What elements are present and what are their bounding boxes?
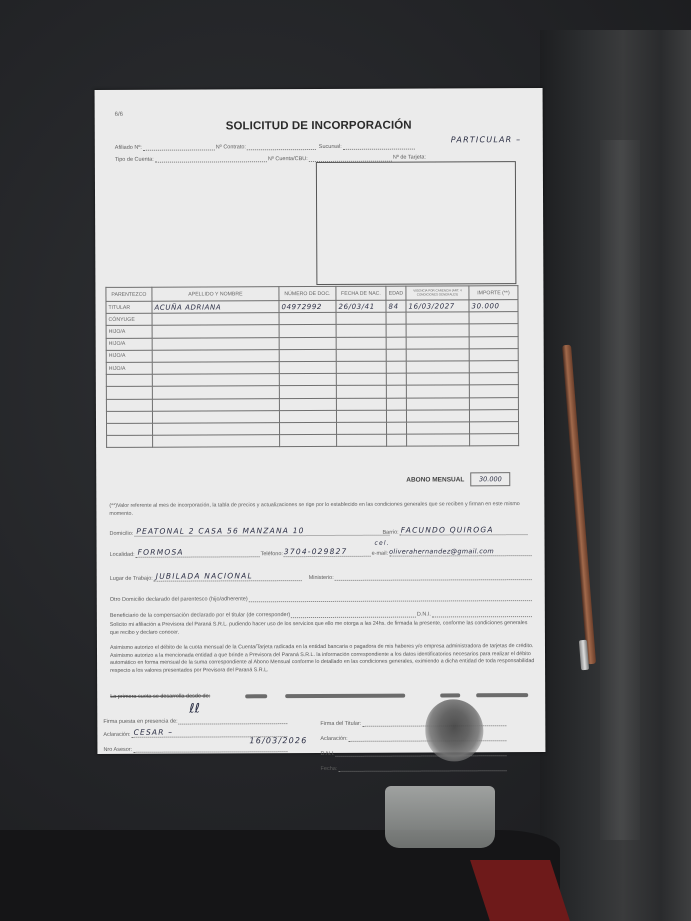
firma-titular-label: Firma del Titular: <box>320 721 361 727</box>
legal-paragraph-2: Asimismo autorizo el débito de la cuota … <box>110 643 535 675</box>
table-cell[interactable] <box>406 410 469 422</box>
table-cell[interactable] <box>152 386 279 399</box>
table-cell[interactable] <box>386 361 406 373</box>
tipo-cuenta-field[interactable]: Tipo de Cuenta: <box>115 155 267 163</box>
table-cell[interactable] <box>406 336 469 348</box>
afiliado-field[interactable]: Afiliado Nº: <box>115 143 215 150</box>
table-cell[interactable] <box>406 324 469 336</box>
table-cell[interactable] <box>336 361 386 373</box>
table-cell[interactable] <box>406 385 469 397</box>
table-cell[interactable] <box>469 336 518 348</box>
table-cell[interactable] <box>152 325 279 338</box>
relationship-cell[interactable] <box>107 435 153 447</box>
telefono-label: Teléfono: <box>261 551 283 557</box>
table-cell[interactable] <box>407 422 470 434</box>
table-cell[interactable] <box>279 325 336 337</box>
table-cell[interactable] <box>387 422 407 434</box>
fecha-right-label: Fecha: <box>321 766 338 772</box>
localidad-label: Localidad: <box>110 552 135 558</box>
beneficiario-label: Beneficiario de la compensación declarad… <box>110 612 290 619</box>
lugar-trabajo-value: JUBILADA NACIONAL <box>156 571 253 580</box>
contrato-label: Nº Contrato: <box>216 144 246 150</box>
redaction-mark <box>245 694 267 698</box>
table-cell[interactable] <box>386 337 406 349</box>
telefono-line: 3704-029827 <box>284 550 371 557</box>
table-cell[interactable] <box>153 423 280 436</box>
contrato-value <box>247 143 316 150</box>
fecha-right-line <box>338 764 506 772</box>
table-cell[interactable]: 84 <box>386 300 406 312</box>
beneficiario-dni-field[interactable]: D.N.I. <box>417 610 532 618</box>
table-cell[interactable] <box>153 435 280 448</box>
ministerio-field[interactable]: Ministerio: <box>309 573 532 581</box>
table-cell[interactable] <box>386 410 406 422</box>
redacted-label: La primera cuota se desarrolla desde de: <box>110 693 210 699</box>
redaction-mark <box>476 693 528 697</box>
domicilio-line: PEATONAL 2 CASA 56 MANZANA 10 <box>134 529 389 537</box>
table-cell[interactable] <box>469 348 518 360</box>
header-vigencia: VIGENCIA POR CARENCIA (ART. 4 CONDICIONE… <box>406 286 469 300</box>
beneficiario-value <box>291 611 416 619</box>
beneficiario-field[interactable]: Beneficiario de la compensación declarad… <box>110 611 416 619</box>
table-cell[interactable] <box>337 434 387 446</box>
sucursal-value <box>343 143 415 150</box>
relationship-cell[interactable] <box>106 399 152 411</box>
email-field[interactable]: e-mail: oliverahernandez@gmail.com <box>372 549 532 557</box>
ministerio-label: Ministerio: <box>309 575 334 581</box>
table-cell[interactable] <box>279 410 336 422</box>
telefono-note: cel. <box>375 540 390 547</box>
table-cell[interactable] <box>336 410 386 422</box>
table-cell[interactable] <box>469 385 518 397</box>
domicilio-field[interactable]: Domicilio: PEATONAL 2 CASA 56 MANZANA 10 <box>109 529 389 537</box>
table-cell[interactable] <box>386 373 406 385</box>
thumbprint <box>425 699 483 761</box>
footnote: (**)Valor referente al mes de incorporac… <box>109 501 531 518</box>
table-cell[interactable] <box>280 434 337 446</box>
dni-right-field[interactable]: D.N.I. <box>320 749 506 757</box>
table-cell[interactable]: 30.000 <box>469 300 518 312</box>
header-fecha-nac: FECHA DE NAC. <box>336 286 386 300</box>
relationship-cell[interactable] <box>107 423 153 435</box>
family-table: PARENTEZCO APELLIDO Y NOMBRE NÚMERO DE D… <box>105 285 519 448</box>
dni-right-line <box>335 749 506 757</box>
aclaracion-left-label: Aclaración: <box>103 732 130 738</box>
afiliado-label: Afiliado Nº: <box>115 145 142 151</box>
table-cell[interactable]: 16/03/2027 <box>406 300 469 312</box>
form-title: SOLICITUD DE INCORPORACIÓN <box>95 119 543 133</box>
table-cell[interactable]: 26/03/41 <box>336 300 386 312</box>
page-number: 6/6 <box>115 112 123 118</box>
header-edad: EDAD <box>386 286 406 300</box>
domicilio-label: Domicilio: <box>109 531 133 537</box>
table-row <box>107 434 519 448</box>
header-parentezco: PARENTEZCO <box>106 287 152 301</box>
table-cell[interactable] <box>470 422 519 434</box>
redaction-mark <box>440 693 460 697</box>
domicilio-value: PEATONAL 2 CASA 56 MANZANA 10 <box>136 526 304 536</box>
ministerio-value <box>335 573 532 581</box>
header-apellido-nombre: APELLIDO Y NOMBRE <box>152 287 279 302</box>
barrio-line: FACUNDO QUIROGA <box>400 528 528 536</box>
table-cell[interactable] <box>279 361 336 373</box>
table-cell[interactable] <box>406 397 469 409</box>
table-cell[interactable] <box>336 398 386 410</box>
lugar-trabajo-label: Lugar de Trabajo: <box>110 576 153 582</box>
barrio-value: FACUNDO QUIROGA <box>401 525 494 534</box>
redaction-mark <box>285 694 405 699</box>
table-cell[interactable] <box>386 349 406 361</box>
header-importe: IMPORTE (**) <box>469 286 518 300</box>
table-cell[interactable] <box>152 337 279 350</box>
table-cell[interactable] <box>336 373 386 385</box>
table-cell[interactable] <box>279 349 336 361</box>
table-cell[interactable] <box>386 324 406 336</box>
date-value: 16/03/2026 <box>249 736 307 745</box>
localidad-value: FORMOSA <box>138 548 184 557</box>
table-cell[interactable] <box>337 422 387 434</box>
header-numero-doc: NÚMERO DE DOC. <box>279 286 336 300</box>
table-cell[interactable] <box>279 374 336 386</box>
table-cell[interactable] <box>469 397 518 409</box>
application-form: 6/6 SOLICITUD DE INCORPORACIÓN Afiliado … <box>95 88 546 754</box>
relationship-cell[interactable]: CÓNYUGE <box>106 313 152 325</box>
table-cell[interactable]: 04972992 <box>279 300 336 312</box>
tarjeta-field[interactable]: Nº de Tarjeta: <box>393 154 443 160</box>
beneficiario-dni-value <box>432 610 532 617</box>
relationship-cell[interactable]: TITULAR <box>106 301 152 313</box>
telefono-value: 3704-029827 <box>284 547 348 556</box>
nro-asesor-value <box>133 745 287 753</box>
email-value: oliverahernandez@gmail.com <box>389 547 494 555</box>
table-cell[interactable] <box>406 373 469 385</box>
email-label: e-mail: <box>372 551 389 557</box>
relationship-cell[interactable] <box>106 411 152 423</box>
table-cell[interactable] <box>336 325 386 337</box>
table-cell[interactable] <box>152 374 279 387</box>
aclaracion-left-value: CESAR – <box>134 728 174 737</box>
table-cell[interactable] <box>406 312 469 324</box>
table-cell[interactable] <box>406 361 469 373</box>
table-cell[interactable] <box>407 434 470 446</box>
otro-domicilio-field[interactable]: Otro Domicilio declarado del parentesco … <box>110 594 532 603</box>
relationship-cell[interactable] <box>106 374 152 386</box>
table-cell[interactable] <box>469 361 518 373</box>
table-cell[interactable] <box>336 386 386 398</box>
table-cell[interactable] <box>279 337 336 349</box>
telefono-field[interactable]: Teléfono: 3704-029827 <box>261 550 371 557</box>
table-cell[interactable] <box>280 422 337 434</box>
beneficiario-dni-label: D.N.I. <box>417 612 431 618</box>
table-cell[interactable] <box>386 385 406 397</box>
abono-mensual: ABONO MENSUAL 30.000 <box>406 472 510 486</box>
tipo-cuenta-label: Tipo de Cuenta: <box>115 157 154 163</box>
otro-domicilio-label: Otro Domicilio declarado del parentesco … <box>110 596 248 603</box>
relationship-cell[interactable]: HIJO/A <box>106 350 152 362</box>
table-cell[interactable] <box>406 349 469 361</box>
localidad-line: FORMOSA <box>136 550 260 558</box>
relationship-cell[interactable]: HIJO/A <box>106 362 152 374</box>
relationship-cell[interactable]: HIJO/A <box>106 326 152 338</box>
firma-presencia-field[interactable]: Firma puesta en presencia de: <box>103 717 287 725</box>
abono-mensual-value[interactable]: 30.000 <box>470 472 510 486</box>
sucursal-field[interactable]: Sucursal: <box>319 143 415 150</box>
table-cell[interactable] <box>152 313 279 326</box>
cuenta-cbu-label: Nº Cuenta/CBU: <box>268 156 308 162</box>
advisor-signature: ℓℓ <box>189 702 200 717</box>
table-cell[interactable] <box>470 434 519 446</box>
table-cell[interactable] <box>469 312 518 324</box>
table-cell[interactable]: ACUÑA ADRIANA <box>152 301 279 314</box>
email-line: oliverahernandez@gmail.com <box>389 549 532 557</box>
table-cell[interactable] <box>469 373 518 385</box>
table-cell[interactable] <box>386 398 406 410</box>
table-cell[interactable] <box>336 349 386 361</box>
table-cell[interactable] <box>279 386 336 398</box>
plastic-clip <box>385 786 495 848</box>
aclaracion-right-label: Aclaración: <box>320 736 347 742</box>
table-cell[interactable] <box>279 313 336 325</box>
contrato-field[interactable]: Nº Contrato: <box>216 143 316 150</box>
table-cell[interactable] <box>469 324 518 336</box>
table-cell[interactable] <box>279 398 336 410</box>
relationship-cell[interactable] <box>106 387 152 399</box>
table-cell[interactable] <box>152 410 279 423</box>
margin-note: PARTICULAR – <box>451 135 522 144</box>
barrio-field[interactable]: Barrio: FACUNDO QUIROGA <box>382 528 527 536</box>
firma-presencia-label: Firma puesta en presencia de: <box>103 719 177 725</box>
table-cell[interactable] <box>336 312 386 324</box>
table-cell[interactable] <box>336 337 386 349</box>
photo-box <box>316 161 517 285</box>
barrio-label: Barrio: <box>382 530 398 536</box>
tipo-cuenta-value <box>155 155 267 162</box>
lugar-trabajo-field[interactable]: Lugar de Trabajo: JUBILADA NACIONAL <box>110 574 302 582</box>
relationship-cell[interactable]: HIJO/A <box>106 338 152 350</box>
table-cell[interactable] <box>152 398 279 411</box>
table-cell[interactable] <box>386 312 406 324</box>
afiliado-value <box>143 143 215 150</box>
lugar-trabajo-line: JUBILADA NACIONAL <box>154 574 302 582</box>
abono-mensual-label: ABONO MENSUAL <box>406 476 464 483</box>
nro-asesor-label: Nro Asesor: <box>103 747 132 753</box>
fecha-right-field[interactable]: Fecha: <box>321 764 507 772</box>
redacted-line: La primera cuota se desarrolla desde de: <box>110 692 530 701</box>
firma-presencia-line <box>179 717 288 724</box>
sucursal-label: Sucursal: <box>319 144 342 150</box>
table-cell[interactable] <box>469 409 518 421</box>
nro-asesor-field[interactable]: Nro Asesor: <box>103 745 287 753</box>
table-cell[interactable] <box>152 349 279 362</box>
localidad-field[interactable]: Localidad: FORMOSA <box>110 550 260 558</box>
table-cell[interactable] <box>152 362 279 375</box>
tarjeta-label: Nº de Tarjeta: <box>393 155 426 161</box>
dni-right-label: D.N.I. <box>320 751 334 757</box>
otro-domicilio-value <box>249 594 532 602</box>
legal-paragraph-1: Solicito mi afiliación a Previsora del P… <box>110 620 535 637</box>
folder-fold <box>600 140 640 840</box>
table-cell[interactable] <box>387 434 407 446</box>
